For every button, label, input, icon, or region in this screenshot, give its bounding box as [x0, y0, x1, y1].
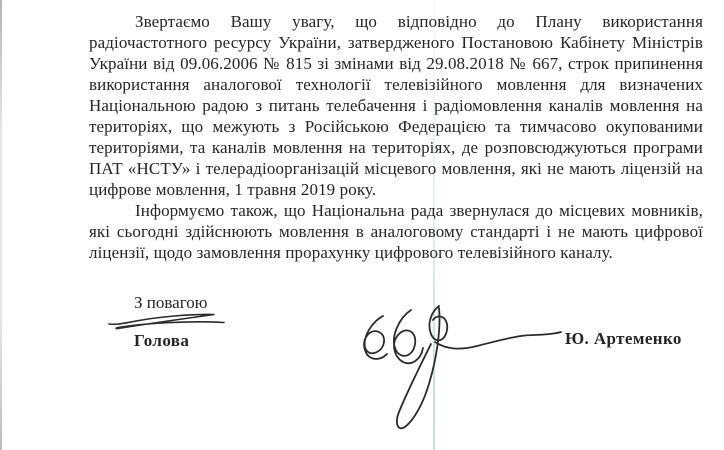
letter-paragraph-1: Звертаємо Вашу увагу, що відповідно до П… [89, 11, 703, 200]
letter-body: Звертаємо Вашу увагу, що відповідно до П… [89, 11, 703, 263]
closing-salutation: З повагою [134, 293, 207, 313]
signature-icon [335, 298, 567, 438]
signer-title: Голова [134, 331, 189, 351]
letter-paragraph-2: Інформуємо також, що Національна рада зв… [89, 200, 703, 263]
signer-name: Ю. Артеменко [565, 329, 682, 349]
scanned-letter-page: Звертаємо Вашу увагу, що відповідно до П… [0, 0, 724, 450]
scan-edge-artifact [0, 0, 2, 450]
